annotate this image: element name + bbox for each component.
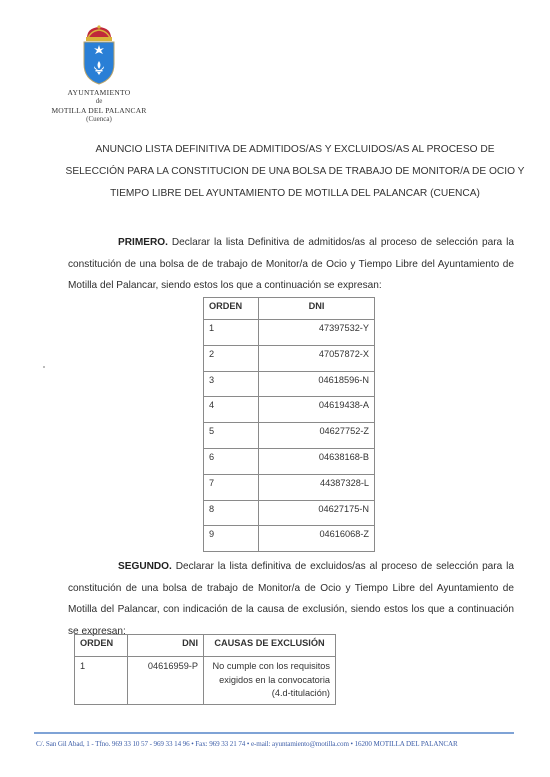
cell-orden: 5 [204, 423, 259, 449]
scan-speck [43, 366, 45, 368]
excluded-table: ORDEN DNI CAUSAS DE EXCLUSIÓN 104616959-… [74, 634, 336, 705]
org-name-line3: MOTILLA DEL PALANCAR [44, 106, 154, 115]
cell-orden: 7 [204, 474, 259, 500]
cell-orden: 1 [204, 320, 259, 346]
cell-orden: 6 [204, 448, 259, 474]
cell-orden: 2 [204, 345, 259, 371]
table-row: 504627752-Z [204, 423, 375, 449]
header-orden: ORDEN [204, 298, 259, 320]
cell-dni: 47057872-X [259, 345, 375, 371]
section-segundo-heading: SEGUNDO. [118, 561, 172, 572]
table-row: 744387328-L [204, 474, 375, 500]
cell-dni: 04619438-A [259, 397, 375, 423]
org-name-line2: de [44, 97, 154, 106]
cell-causa: No cumple con los requisitos exigidos en… [204, 657, 336, 705]
cell-dni: 44387328-L [259, 474, 375, 500]
header-orden: ORDEN [75, 635, 128, 657]
header-dni: DNI [259, 298, 375, 320]
section-segundo-text: Declarar la lista definitiva de excluido… [68, 561, 514, 637]
header-dni: DNI [128, 635, 204, 657]
cell-dni: 04618596-N [259, 371, 375, 397]
table-row: 104616959-PNo cumple con los requisitos … [75, 657, 336, 705]
table-row: 247057872-X [204, 345, 375, 371]
admitted-table: ORDEN DNI 147397532-Y247057872-X30461859… [203, 297, 375, 552]
footer-divider [34, 732, 514, 734]
org-name-line4: (Cuenca) [44, 115, 154, 124]
header-causas: CAUSAS DE EXCLUSIÓN [204, 635, 336, 657]
table-header-row: ORDEN DNI CAUSAS DE EXCLUSIÓN [75, 635, 336, 657]
cell-orden: 9 [204, 526, 259, 552]
table-row: 404619438-A [204, 397, 375, 423]
municipal-header: AYUNTAMIENTO de MOTILLA DEL PALANCAR (Cu… [44, 24, 154, 124]
table-row: 604638168-B [204, 448, 375, 474]
cell-orden: 4 [204, 397, 259, 423]
section-segundo: SEGUNDO. Declarar la lista definitiva de… [68, 556, 514, 642]
cell-dni: 47397532-Y [259, 320, 375, 346]
coat-of-arms-icon [79, 24, 119, 86]
title-line2: SELECCIÓN PARA LA CONSTITUCION DE UNA BO… [60, 161, 530, 183]
table-row: 804627175-N [204, 500, 375, 526]
cell-dni: 04616959-P [128, 657, 204, 705]
cell-orden: 1 [75, 657, 128, 705]
org-name-line1: AYUNTAMIENTO [44, 88, 154, 97]
cell-dni: 04638168-B [259, 448, 375, 474]
cell-dni: 04616068-Z [259, 526, 375, 552]
section-primero: PRIMERO. Declarar la lista Definitiva de… [68, 232, 514, 297]
document-title: ANUNCIO LISTA DEFINITIVA DE ADMITIDOS/AS… [60, 139, 530, 205]
table-row: 904616068-Z [204, 526, 375, 552]
table-header-row: ORDEN DNI [204, 298, 375, 320]
title-line1: ANUNCIO LISTA DEFINITIVA DE ADMITIDOS/AS… [60, 139, 530, 161]
cell-dni: 04627175-N [259, 500, 375, 526]
footer-address: C/. San Gil Abad, 1 - Tfno. 969 33 10 57… [36, 740, 516, 748]
table-row: 147397532-Y [204, 320, 375, 346]
table-row: 304618596-N [204, 371, 375, 397]
cell-orden: 3 [204, 371, 259, 397]
cell-dni: 04627752-Z [259, 423, 375, 449]
section-primero-heading: PRIMERO. [118, 237, 168, 248]
cell-orden: 8 [204, 500, 259, 526]
title-line3: TIEMPO LIBRE DEL AYUNTAMIENTO DE MOTILLA… [60, 183, 530, 205]
